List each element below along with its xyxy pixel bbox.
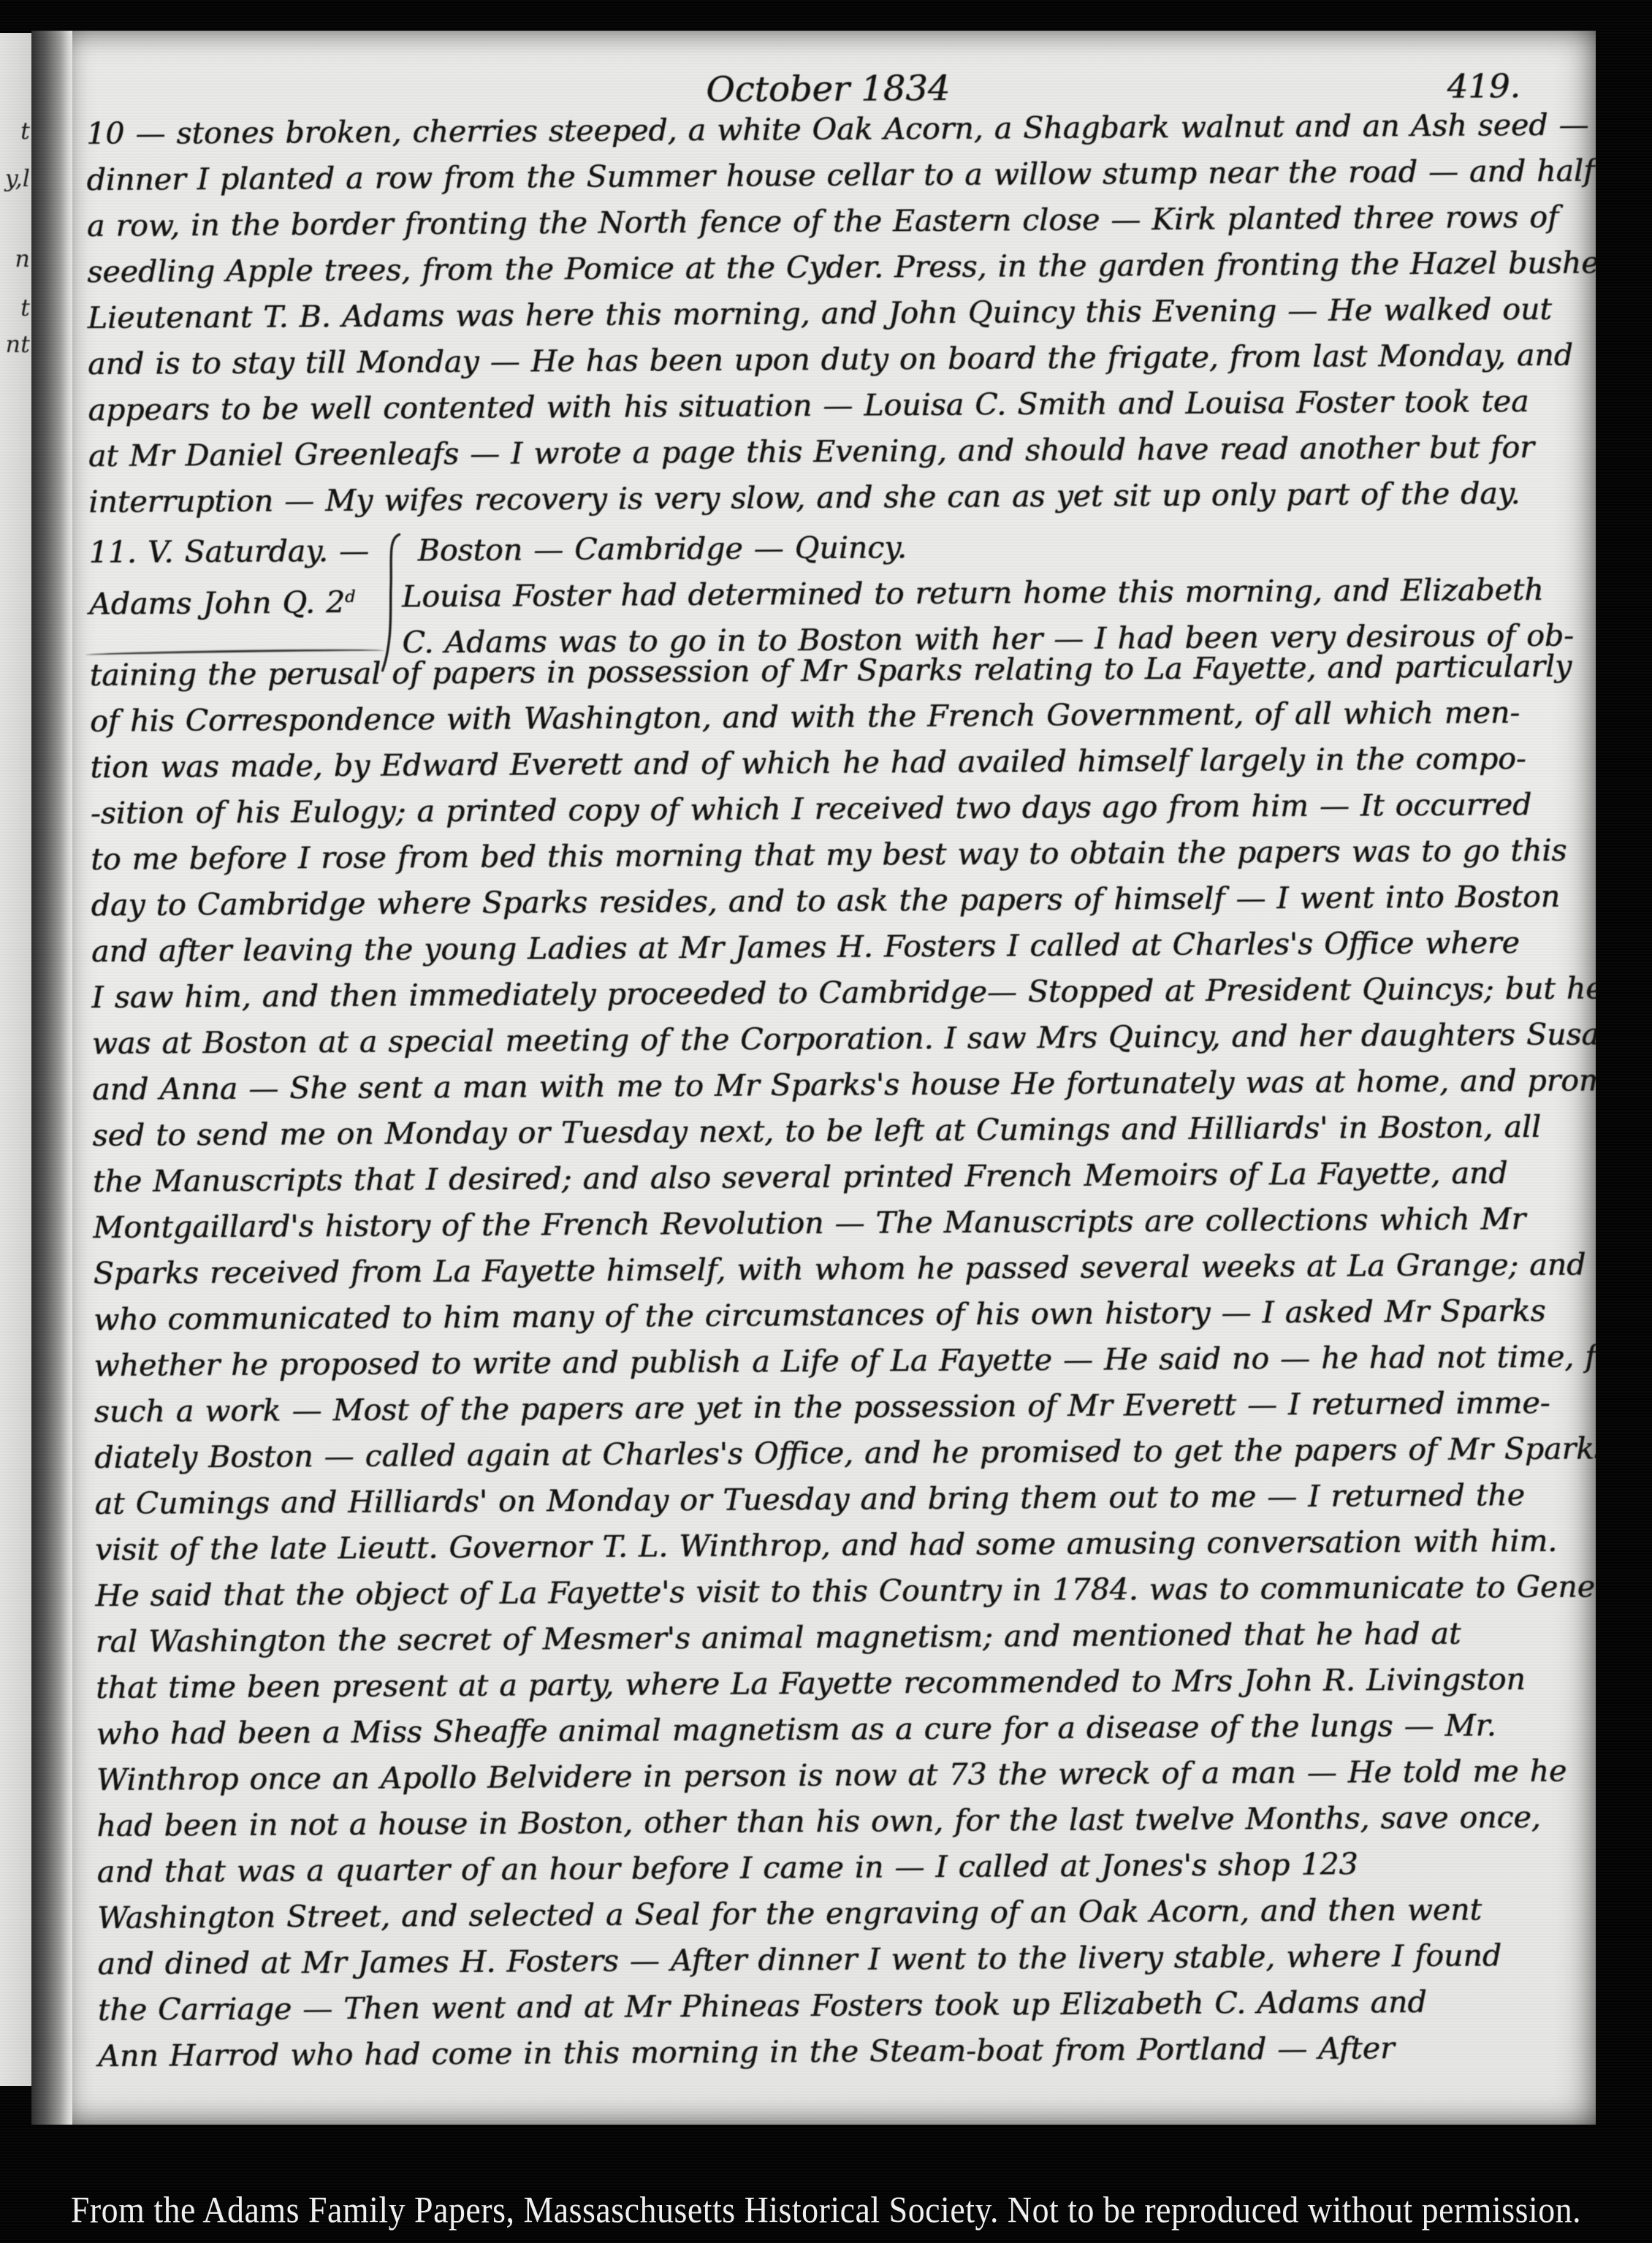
previous-page-edge: t y,l n t nt <box>0 33 31 2086</box>
margin-fragment: nt <box>6 330 30 358</box>
entry-11-body: taining the perusal of papers in possess… <box>89 644 1588 2079</box>
margin-fragment: y,l <box>5 164 30 192</box>
entry-author-line: Adams John Q. 2d <box>89 574 370 622</box>
margin-fragment: t <box>20 117 30 145</box>
margin-fragment: t <box>20 294 30 321</box>
diary-line: interruption — My wifes recovery is very… <box>88 471 1579 525</box>
entry-10-continuation: 10 — stones broken, cherries steeped, a … <box>86 102 1579 525</box>
page-gutter-shadow <box>31 31 72 2125</box>
entry-author-text: Adams John Q. 2 <box>89 585 345 622</box>
entry-11-heading: 11. V. Saturday. — Adams John Q. 2d Bost… <box>72 31 1589 35</box>
scan-background: t y,l n t nt October 1834 419. 10 — ston… <box>0 0 1652 2243</box>
footer-caption: From the Adams Family Papers, Massaschus… <box>0 2188 1652 2231</box>
itinerary-line: Boston — Cambridge — Quincy. <box>401 521 1573 574</box>
diary-line: Louisa Foster had determined to return h… <box>402 567 1574 620</box>
entry-date-line: 11. V. Saturday. — <box>88 528 369 576</box>
diary-line: Ann Harrod who had come in this morning … <box>98 2025 1588 2079</box>
diary-line: had been in not a house in Boston, other… <box>96 1794 1587 1849</box>
entry-11-date-block: 11. V. Saturday. — Adams John Q. 2d <box>88 528 369 622</box>
margin-fragment: n <box>15 245 30 273</box>
manuscript-page: October 1834 419. 10 — stones broken, ch… <box>72 31 1596 2125</box>
page-number: 419. <box>1447 66 1520 106</box>
entry-author-superscript: d <box>345 587 356 606</box>
page-content: October 1834 419. 10 — stones broken, ch… <box>72 31 1596 2125</box>
